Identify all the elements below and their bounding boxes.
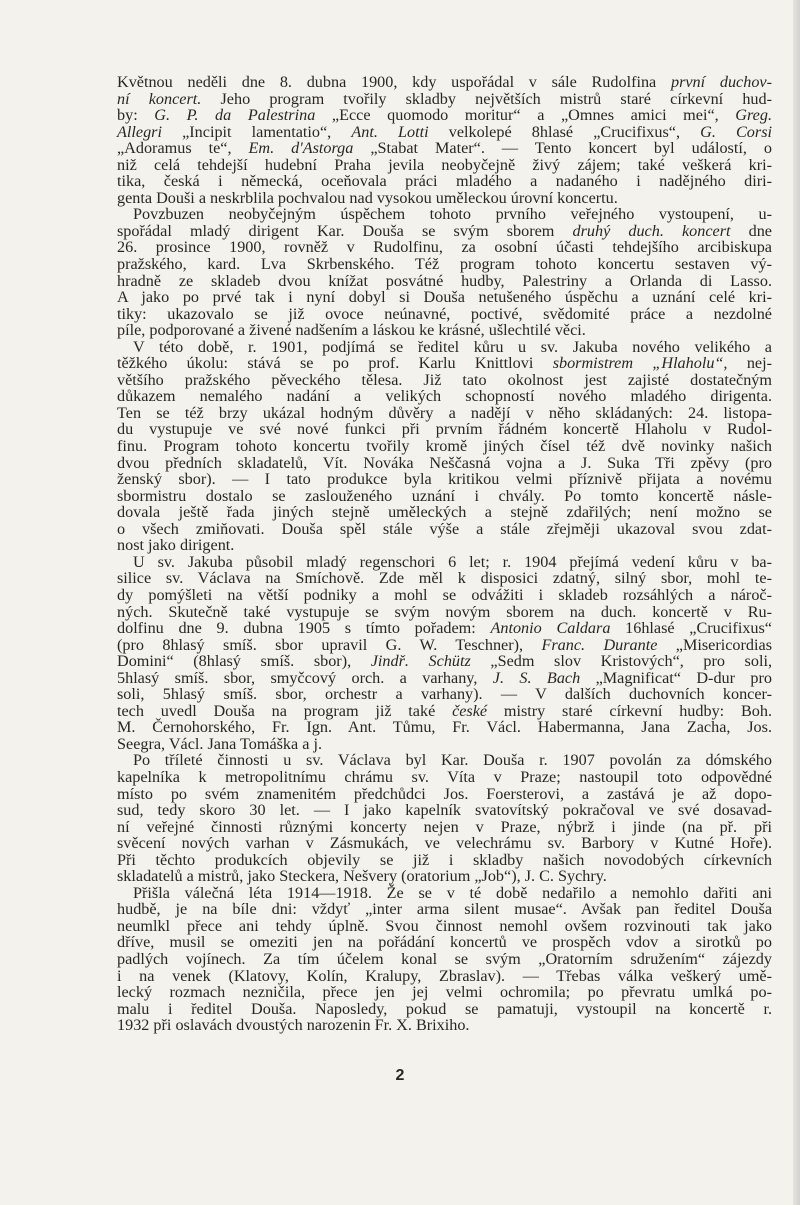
italic-segment: ní koncert. — [117, 90, 201, 108]
text-line: kapelníka k metropolitnímu chrámu sv. Ví… — [117, 769, 772, 786]
italic-segment: Antonio Caldara — [490, 619, 610, 637]
text-line: 1932 při oslavách dvoustých narozenin Fr… — [117, 1017, 772, 1034]
italic-segment: sbormistrem „Hlaholu“, — [553, 354, 728, 372]
text-line: by: G. P. da Palestrina „Ecce quomodo mo… — [117, 107, 772, 124]
text-segment: Květnou neděli dne 8. dubna 1900, kdy us… — [117, 73, 671, 91]
text-segment: Domini“ (8hlasý smíš. sbor), — [117, 652, 371, 670]
paragraph: Povzbuzen neobyčejným úspěchem tohoto pr… — [117, 206, 772, 338]
text-line: niž celá tehdejší hudební Praha jevila n… — [117, 157, 772, 174]
text-segment: hudbě, je na bíle dni: vždyť „inter arma… — [117, 900, 772, 918]
text-line: 5hlasý smíš. sbor, smyčcový orch. a varh… — [117, 670, 772, 687]
text-line: V této době, r. 1901, podjímá se ředitel… — [117, 339, 772, 356]
text-segment: 5hlasý smíš. sbor, smyčcový orch. a varh… — [117, 669, 493, 687]
text-line: dříve, musil se omeziti jen na pořádání … — [117, 934, 772, 951]
text-line: M. Černohorského, Fr. Ign. Ant. Tůmu, Fr… — [117, 719, 772, 736]
text-segment: padlých vojínech. Za tím účelem konal se… — [117, 950, 772, 968]
text-line: (pro 8hlasý smíš. sbor upravil G. W. Tes… — [117, 637, 772, 654]
text-line: pražského, kard. Lva Skrbenského. Též pr… — [117, 256, 772, 273]
italic-segment: první duchov- — [671, 73, 772, 91]
paragraph: U sv. Jakuba působil mladý regenschori 6… — [117, 554, 772, 753]
text-line: hudbě, je na bíle dni: vždyť „inter arma… — [117, 901, 772, 918]
text-line: tika, česká i německá, oceňovala práci m… — [117, 173, 772, 190]
text-segment: Povzbuzen neobyčejným úspěchem tohoto pr… — [133, 205, 772, 223]
text-line: dvou předních skladatelů, Vít. Nováka Ne… — [117, 455, 772, 472]
text-segment: dne — [731, 222, 772, 240]
paragraph: V této době, r. 1901, podjímá se ředitel… — [117, 339, 772, 554]
paragraph: Přišla válečná léta 1914—1918. Že se v t… — [117, 885, 772, 1034]
text-line: Ten se též brzy ukázal hodným důvěry a n… — [117, 405, 772, 422]
italic-segment: Jindř. Schütz — [371, 652, 471, 670]
text-line: Seegra, Václ. Jana Tomáška a j. — [117, 736, 772, 753]
text-segment: „Sedm slov Kristových“, pro soli, — [471, 652, 772, 670]
text-segment: Po tříleté činnosti u sv. Václava byl Ka… — [133, 751, 772, 769]
paragraph: Po tříleté činnosti u sv. Václava byl Ka… — [117, 752, 772, 884]
text-segment: U sv. Jakuba působil mladý regenschori 6… — [133, 553, 772, 571]
italic-segment: Greg. — [735, 106, 772, 124]
italic-segment: J. S. Bach — [493, 669, 580, 687]
text-segment: by: — [117, 106, 154, 124]
italic-segment: Em. d'Astorga — [249, 139, 354, 157]
text-line: Přišla válečná léta 1914—1918. Že se v t… — [117, 885, 772, 902]
text-segment: du vystupuje ve své nové funkci při prvn… — [117, 420, 772, 438]
text-segment: většího pražského pěveckého tělesa. Již … — [117, 371, 772, 389]
text-line: dovala ještě řada jiných stejně umělecký… — [117, 504, 772, 521]
text-segment: Ten se též brzy ukázal hodným důvěry a n… — [117, 404, 772, 422]
italic-segment: G. P. da Palestrina — [154, 106, 315, 124]
text-line: sbormistru dostalo se zaslouženého uznán… — [117, 488, 772, 505]
text-segment: i na venek (Klatovy, Kolín, Kralupy, Zbr… — [117, 967, 772, 985]
text-line: 26. prosince 1900, rovněž v Rudolfinu, z… — [117, 239, 772, 256]
text-line: o všech zmiňovati. Douša spěl stále výše… — [117, 521, 772, 538]
text-segment: nej- — [727, 354, 772, 372]
text-segment: lecký rozmach nezničila, přece jen jej v… — [117, 983, 772, 1001]
text-segment: ných. Skutečně také vystupuje se svým no… — [117, 603, 772, 621]
text-segment: „Incipit lamentatio“, — [162, 123, 351, 141]
text-segment: M. Černohorského, Fr. Ign. Ant. Tůmu, Fr… — [117, 718, 772, 736]
text-segment: tika, česká i německá, oceňovala práci m… — [117, 172, 772, 190]
text-line: píle, podporované a živené nadšením a lá… — [117, 322, 772, 339]
text-segment: (pro 8hlasý smíš. sbor upravil G. W. Tes… — [117, 636, 541, 654]
text-segment: 16hlasé „Crucifixus“ — [610, 619, 772, 637]
text-segment: ženský sbor). — I tato produkce byla kri… — [117, 470, 772, 488]
text-segment: 1932 při oslavách dvoustých narozenin Fr… — [117, 1016, 469, 1034]
text-line: ženský sbor). — I tato produkce byla kri… — [117, 471, 772, 488]
text-line: ných. Skutečně také vystupuje se svým no… — [117, 604, 772, 621]
text-segment: silice sv. Václava na Smíchově. Zde měl … — [117, 569, 772, 587]
text-line: i na venek (Klatovy, Kolín, Kralupy, Zbr… — [117, 968, 772, 985]
text-segment: nost jako dirigent. — [117, 536, 234, 554]
text-segment: Při těchto produkcích objevily se již i … — [117, 851, 772, 869]
text-line: ní koncert. Jeho program tvořily skladby… — [117, 91, 772, 108]
text-line: skladatelů a mistrů, jako Steckera, Nešv… — [117, 868, 772, 885]
text-segment: „Misericordias — [657, 636, 772, 654]
text-line: padlých vojínech. Za tím účelem konal se… — [117, 951, 772, 968]
page-edge — [793, 0, 800, 1205]
text-line: hradně ze skladeb dvou knížat posvátné h… — [117, 273, 772, 290]
text-segment: sud, tedy skoro 30 let. — I jako kapelní… — [117, 801, 772, 819]
text-line: malu i ředitel Douša. Naposledy, pokud s… — [117, 1001, 772, 1018]
text-segment: dvou předních skladatelů, Vít. Nováka Ne… — [117, 454, 772, 472]
text-segment: dovala ještě řada jiných stejně umělecký… — [117, 503, 772, 521]
text-segment: Seegra, Václ. Jana Tomáška a j. — [117, 735, 322, 753]
italic-segment: druhý duch. koncert — [572, 222, 730, 240]
text-segment: 26. prosince 1900, rovněž v Rudolfinu, z… — [117, 238, 772, 256]
text-line: většího pražského pěveckého tělesa. Již … — [117, 372, 772, 389]
text-segment: velkolepé 8hlasé „Crucifixus“, — [429, 123, 701, 141]
text-segment: „Stabat Mater“. — Tento koncert byl udál… — [353, 139, 772, 157]
italic-segment: Franc. Durante — [541, 636, 657, 654]
text-segment: těžkého úkolu: stává se po prof. Karlu K… — [117, 354, 553, 372]
text-segment: pražského, kard. Lva Skrbenského. Též pr… — [117, 255, 772, 273]
text-line: genta Douši a neskrblila pochvalou nad v… — [117, 190, 772, 207]
text-segment: kapelníka k metropolitnímu chrámu sv. Ví… — [117, 768, 772, 786]
text-line: sud, tedy skoro 30 let. — I jako kapelní… — [117, 802, 772, 819]
text-line: tiky: ukazovalo se již ovoce neúnavné, p… — [117, 306, 772, 323]
text-segment: ní veřejné činnosti různými koncerty nej… — [117, 818, 772, 836]
italic-segment: Allegri — [117, 123, 162, 141]
text-line: tech uvedl Douša na program již také čes… — [117, 703, 772, 720]
text-line: silice sv. Václava na Smíchově. Zde měl … — [117, 570, 772, 587]
text-segment: sbormistru dostalo se zaslouženého uznán… — [117, 487, 772, 505]
text-segment: „Adoramus te“, — [117, 139, 249, 157]
text-segment: dříve, musil se omeziti jen na pořádání … — [117, 933, 772, 951]
text-segment: spořádal mladý dirigent Kar. Douša se sv… — [117, 222, 572, 240]
text-line: spořádal mladý dirigent Kar. Douša se sv… — [117, 223, 772, 240]
text-segment: svěcení nových varhan v Zásmukách, ve ve… — [117, 834, 772, 852]
text-line: A jako po prvé tak i nyní dobyl si Douša… — [117, 289, 772, 306]
text-line: Květnou neděli dne 8. dubna 1900, kdy us… — [117, 74, 772, 91]
text-segment: Jeho program tvořily skladby největších … — [201, 90, 772, 108]
text-line: du vystupuje ve své nové funkci při prvn… — [117, 421, 772, 438]
text-line: nost jako dirigent. — [117, 537, 772, 554]
text-line: svěcení nových varhan v Zásmukách, ve ve… — [117, 835, 772, 852]
text-line: Domini“ (8hlasý smíš. sbor), Jindř. Schü… — [117, 653, 772, 670]
text-segment: soli, 5hlasý smíš. sbor, orchestr a varh… — [117, 685, 772, 703]
text-line: U sv. Jakuba působil mladý regenschori 6… — [117, 554, 772, 571]
text-segment: A jako po prvé tak i nyní dobyl si Douša… — [117, 288, 772, 306]
text-line: Po tříleté činnosti u sv. Václava byl Ka… — [117, 752, 772, 769]
body-text: Květnou neděli dne 8. dubna 1900, kdy us… — [117, 74, 772, 1034]
text-line: místo po svém znamenitém předchůdci Jos.… — [117, 786, 772, 803]
text-line: Povzbuzen neobyčejným úspěchem tohoto pr… — [117, 206, 772, 223]
text-segment: Přišla válečná léta 1914—1918. Že se v t… — [133, 884, 772, 902]
text-line: Allegri „Incipit lamentatio“, Ant. Lotti… — [117, 124, 772, 141]
text-segment: finu. Program tohoto koncertu tvořily kr… — [117, 437, 772, 455]
text-line: neumlkl přece ani tehdy úplně. Svou činn… — [117, 918, 772, 935]
text-line: „Adoramus te“, Em. d'Astorga „Stabat Mat… — [117, 140, 772, 157]
text-segment: skladatelů a mistrů, jako Steckera, Nešv… — [117, 867, 607, 885]
text-line: ní veřejné činnosti různými koncerty nej… — [117, 819, 772, 836]
text-segment: niž celá tehdejší hudební Praha jevila n… — [117, 156, 772, 174]
text-segment: malu i ředitel Douša. Naposledy, pokud s… — [117, 1000, 772, 1018]
text-segment: dy pomýšleti na větší podniky a mohl se … — [117, 586, 772, 604]
text-line: Při těchto produkcích objevily se již i … — [117, 852, 772, 869]
text-line: soli, 5hlasý smíš. sbor, orchestr a varh… — [117, 686, 772, 703]
text-segment: neumlkl přece ani tehdy úplně. Svou činn… — [117, 917, 772, 935]
text-segment: místo po svém znamenitém předchůdci Jos.… — [117, 785, 772, 803]
page-number: 2 — [0, 1067, 800, 1085]
text-line: dy pomýšleti na větší podniky a mohl se … — [117, 587, 772, 604]
text-line: důkazem nemalého nadání a velikých schop… — [117, 388, 772, 405]
text-segment: V této době, r. 1901, podjímá se ředitel… — [133, 338, 772, 356]
text-segment: o všech zmiňovati. Douša spěl stále výše… — [117, 520, 772, 538]
text-segment: hradně ze skladeb dvou knížat posvátné h… — [117, 272, 772, 290]
text-segment: genta Douši a neskrblila pochvalou nad v… — [117, 189, 618, 207]
text-line: finu. Program tohoto koncertu tvořily kr… — [117, 438, 772, 455]
text-segment: „Magnificat“ D-dur pro — [580, 669, 772, 687]
paragraph: Květnou neděli dne 8. dubna 1900, kdy us… — [117, 74, 772, 206]
text-segment: dolfinu dne 9. dubna 1905 s tímto pořade… — [117, 619, 490, 637]
text-segment: píle, podporované a živené nadšením a lá… — [117, 321, 586, 339]
italic-segment: G. Corsi — [700, 123, 772, 141]
text-line: těžkého úkolu: stává se po prof. Karlu K… — [117, 355, 772, 372]
text-segment: důkazem nemalého nadání a velikých schop… — [117, 387, 772, 405]
italic-segment: Ant. Lotti — [351, 123, 428, 141]
text-line: lecký rozmach nezničila, přece jen jej v… — [117, 984, 772, 1001]
text-segment: tiky: ukazovalo se již ovoce neúnavné, p… — [117, 305, 772, 323]
text-segment: „Ecce quomodo moritur“ a „Omnes amici me… — [315, 106, 735, 124]
text-line: dolfinu dne 9. dubna 1905 s tímto pořade… — [117, 620, 772, 637]
